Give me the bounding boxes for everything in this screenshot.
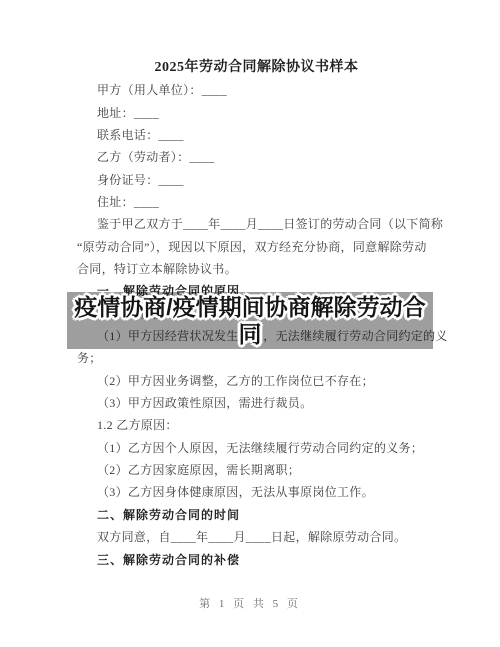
document-line: 地址：____ xyxy=(77,102,436,124)
document-line: （2）甲方因业务调整，乙方的工作岗位已不存在； xyxy=(77,370,436,392)
document-line: （3）乙方因身体健康原因，无法从事原岗位工作。 xyxy=(77,481,436,503)
section-heading: 二、解除劳动合同的时间 xyxy=(77,504,436,526)
document-line: （2）乙方因家庭原因，需长期离职； xyxy=(77,459,436,481)
document-line: 合同，特订立本解除协议书。 xyxy=(77,258,436,280)
document-page: 2025年劳动合同解除协议书样本 甲方（用人单位）：____地址：____联系电… xyxy=(0,0,500,647)
document-line: 甲方（用人单位）：____ xyxy=(77,79,436,101)
section-heading: 一、解除劳动合同的原因 xyxy=(77,280,436,302)
document-line: “原劳动合同”），现因以下原因，双方经充分协商，同意解除劳动 xyxy=(77,236,436,258)
document-line: 务； xyxy=(77,347,436,369)
page-number: 第 1 页 共 5 页 xyxy=(0,596,500,612)
document-body: 2025年劳动合同解除协议书样本 甲方（用人单位）：____地址：____联系电… xyxy=(77,57,436,571)
document-title: 2025年劳动合同解除协议书样本 xyxy=(77,57,436,79)
document-line: 1.2 乙方原因： xyxy=(77,414,436,436)
document-line: （1）甲方因经营状况发生变化，无法继续履行劳动合同约定的义 xyxy=(77,325,436,347)
document-line: 鉴于甲乙双方于____年____月____日签订的劳动合同（以下简称 xyxy=(77,213,436,235)
document-line: 乙方（劳动者）：____ xyxy=(77,146,436,168)
document-lines: 甲方（用人单位）：____地址：____联系电话：____乙方（劳动者）：___… xyxy=(77,79,436,571)
document-line: （1）乙方因个人原因，无法继续履行劳动合同约定的义务； xyxy=(77,437,436,459)
document-line: 住址：____ xyxy=(77,191,436,213)
section-heading: 三、解除劳动合同的补偿 xyxy=(77,549,436,571)
document-line: 联系电话：____ xyxy=(77,124,436,146)
document-line: （3）甲方因政策性原因，需进行裁员。 xyxy=(77,392,436,414)
document-line: 1.1 甲方原因： xyxy=(77,303,436,325)
document-line: 双方同意，自____年____月____日起，解除原劳动合同。 xyxy=(77,526,436,548)
document-line: 身份证号：____ xyxy=(77,169,436,191)
